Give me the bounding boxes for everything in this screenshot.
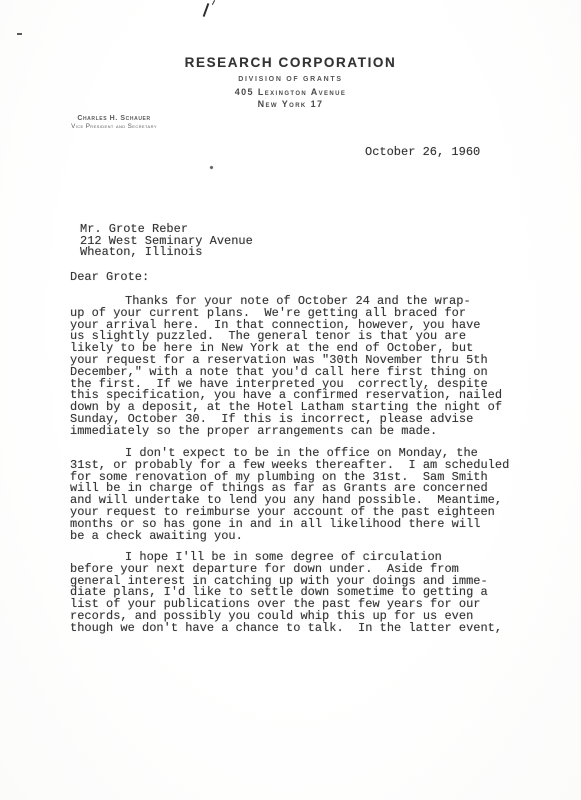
letterhead: RESEARCH CORPORATION DIVISION OF GRANTS … [0,55,581,109]
city-line: New York 17 [0,99,581,109]
ink-speck-mark [209,165,213,169]
officer-name: Charles H. Schauer [40,115,188,122]
date-line: October 26, 1960 [365,147,480,159]
pencil-dash-mark [17,33,22,35]
body-paragraph-3: I hope I'll be in some degree of circula… [70,552,502,635]
body-paragraph-2: I don't expect to be in the office on Mo… [70,448,509,542]
division-line: DIVISION OF GRANTS [0,76,581,83]
letter-page: RESEARCH CORPORATION DIVISION OF GRANTS … [0,0,581,800]
street-address: 405 Lexington Avenue [0,87,581,97]
handwritten-tick-mark [212,0,215,5]
officer-title: Vice President and Secretary [40,123,188,130]
recipient-address: Mr. Grote Reber 212 West Seminary Avenue… [80,224,253,259]
salutation: Dear Grote: [70,272,149,284]
officer-block: Charles H. Schauer Vice President and Se… [40,115,188,130]
body-paragraph-1: Thanks for your note of October 24 and t… [70,296,502,438]
handwritten-slash-mark [203,3,210,17]
company-name: RESEARCH CORPORATION [0,55,581,70]
